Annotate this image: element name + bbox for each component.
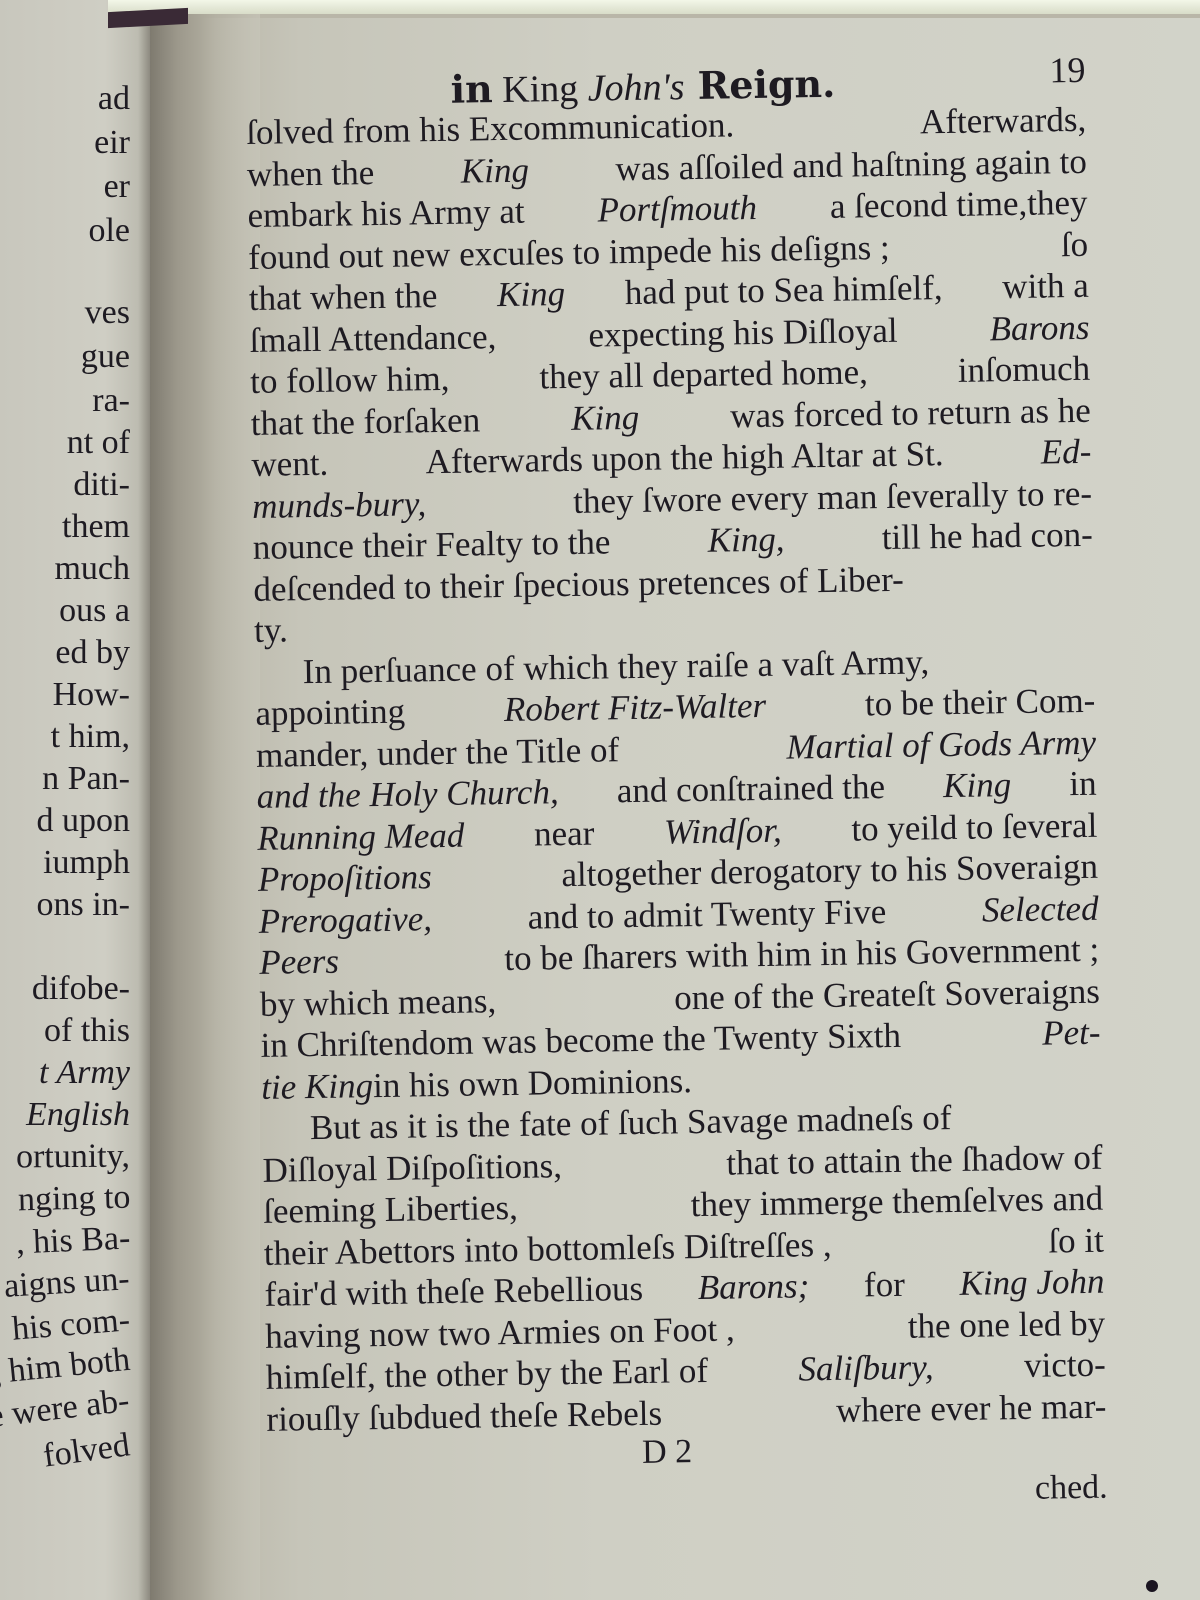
roman-text: embark his Army at [247,191,525,237]
italic-text: Pet- [1042,1012,1101,1054]
left-page-line: ole [88,210,130,252]
left-page-line: gue [81,336,130,378]
page-number: 19 [1049,49,1086,92]
roman-text: having now two Armies on Foot , [265,1308,735,1357]
left-page-line: nt of [67,422,130,464]
roman-text: by which means, [260,980,497,1025]
roman-text: they immerge themſelves and [690,1178,1103,1226]
roman-text: mander, under the Title of [256,729,620,776]
roman-text: that when the [249,275,438,319]
italic-text: Windſor, [664,809,782,852]
roman-text: ty. [254,609,288,651]
left-page-line: folved [41,1424,133,1477]
roman-text: was aſſoiled and haſtning again to [615,140,1087,189]
italic-text: Barons [989,306,1089,349]
left-page-line: nging to [17,1177,130,1222]
left-page-line: n Pan- [42,758,130,800]
left-page-line: d upon [37,800,131,842]
roman-text: for [864,1264,905,1306]
roman-text: one of the Greateſt Soveraigns [674,970,1100,1018]
roman-text: with a [1002,265,1089,308]
roman-text: when the [247,151,375,194]
roman-text: ſeeming Liberties, [263,1187,518,1232]
left-page-line: them [62,506,130,548]
roman-text: was forced to return as he [730,389,1091,436]
roman-text: to be their Com- [865,680,1096,725]
italic-text: and the Holy Church, [256,771,559,817]
running-head: in King John's Reign. [450,61,835,113]
italic-text: tie King [261,1065,373,1108]
roman-text: himſelf, the other by the Earl of [265,1350,708,1398]
left-page-line: t Army [39,1052,130,1094]
left-page-line: ves [85,292,130,334]
italic-text: King John [959,1261,1104,1305]
italic-text: King [460,149,529,192]
left-page-line: ad [98,78,130,120]
italic-text: King, [707,519,784,562]
roman-text: ſmall Attendance, [249,316,496,361]
roman-text: and to admit Twenty Five [527,891,886,938]
left-page-line: er [104,166,130,208]
italic-text: Saliſbury, [798,1346,934,1390]
left-page-line: How- [53,674,130,716]
running-head-part: in [450,66,493,112]
left-page-line: eir [94,122,130,164]
italic-text: Selected [982,887,1099,930]
running-head-part: John's [587,66,684,110]
italic-text: King [943,764,1012,807]
roman-text: Afterwards, [920,99,1087,143]
roman-text: victo- [1024,1344,1106,1387]
left-page: adeirerolevesguera-nt ofditi-themmuchous… [0,0,150,1600]
italic-text: Propoſitions [258,856,432,900]
left-page-line: diti- [73,464,130,506]
body-text: ſolved from his Excommunication.Afterwar… [246,99,1107,1440]
roman-text: Diſloyal Diſpoſitions, [262,1145,562,1191]
left-page-line: ons in- [37,884,131,926]
italic-text: King [571,396,640,439]
roman-text: till he had con- [881,514,1093,559]
left-page-line: of this [44,1010,130,1052]
roman-text: where ever he mar- [836,1385,1107,1431]
italic-text: Running Mead [257,814,465,859]
left-page-line: much [54,548,130,590]
roman-text: in his own Dominions. [373,1060,693,1107]
roman-text: that the forſaken [251,399,481,444]
left-page-line: English [26,1094,130,1136]
left-page-line: ra- [92,380,130,422]
italic-text: King [497,273,566,316]
left-page-line: difobe- [32,968,130,1010]
italic-text: Barons; [697,1265,809,1308]
ink-spot [1146,1580,1158,1592]
italic-text: Portſmouth [597,187,757,231]
running-head-part: Reign. [684,61,836,108]
roman-text: to follow him, [250,358,450,403]
roman-text: near [534,812,595,854]
background-light [108,0,1200,14]
left-page-line: ous a [59,590,130,632]
signature-mark: D 2 [642,1433,693,1472]
roman-text: appointing [255,691,405,735]
roman-text: in [1069,763,1097,805]
italic-text: munds-bury, [252,483,427,527]
roman-text: ſo it [1048,1219,1104,1261]
roman-text: went. [251,443,328,486]
running-head-part: King [492,68,588,111]
roman-text: that to attain the ſhadow of [726,1136,1103,1183]
roman-text: expecting his Diſloyal [588,309,898,355]
roman-text: they all departed home, [539,351,868,398]
left-page-line: ortunity, [16,1136,130,1179]
left-page-line: t him, [51,716,130,758]
roman-text: nounce their Fealty to the [252,521,610,568]
italic-text: Ed- [1040,431,1091,473]
left-page-line: , his Ba- [15,1218,131,1265]
left-page-line: ed by [55,632,130,674]
roman-text: fair'd with theſe Rebellious [264,1268,643,1315]
italic-text: Peers [259,941,339,984]
left-page-line: iumph [43,842,130,884]
page-text-block: in King John's Reign. 19 ſolved from his… [245,39,1108,1524]
roman-text: a ſecond time,they [830,182,1088,228]
roman-text: riouſly ſubdued theſe Rebels [266,1392,662,1440]
roman-text: to yeild to ſeveral [851,804,1098,849]
italic-text: Martial of Gods Army [786,721,1096,767]
italic-text: Prerogative, [258,898,432,942]
italic-text: Robert Fitz-Walter [504,685,767,731]
roman-text: inſomuch [958,348,1091,392]
roman-text: the one led by [907,1302,1105,1347]
roman-text: ſo [1061,223,1089,265]
roman-text: had put to Sea himſelf, [624,267,942,313]
roman-text: and conſtrained the [616,766,885,812]
